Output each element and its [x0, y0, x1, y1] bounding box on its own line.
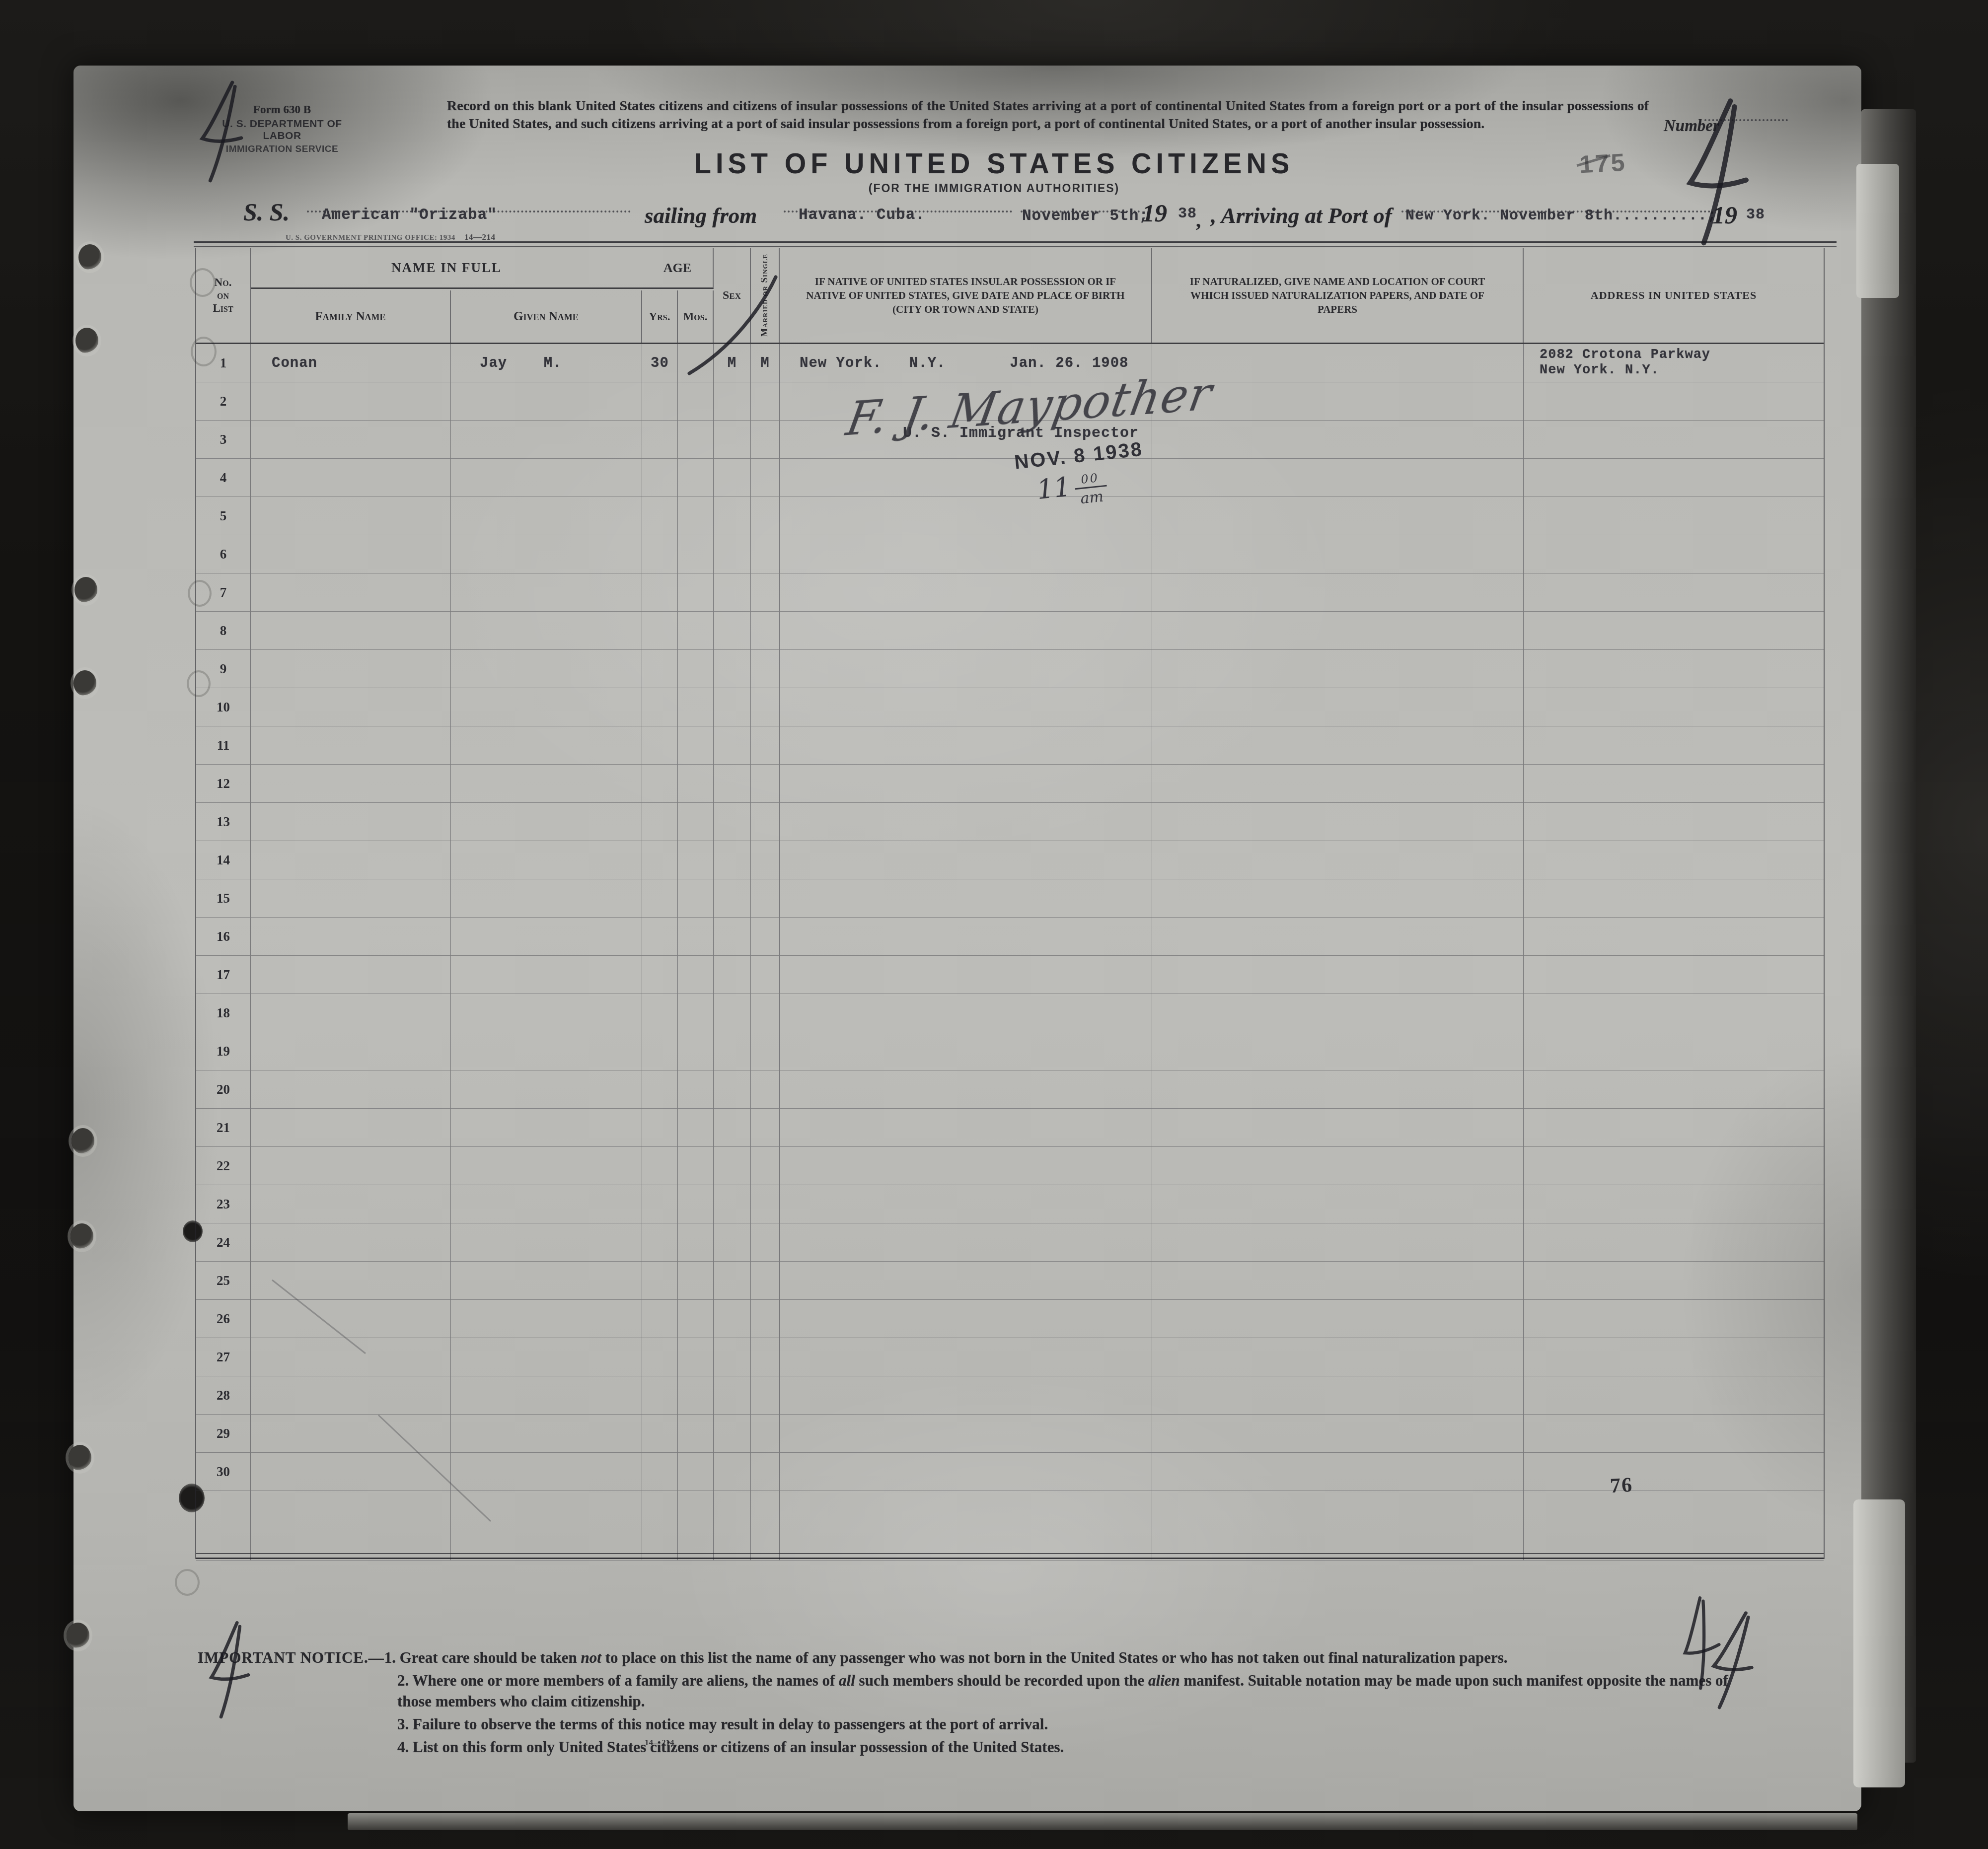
- address-cell-wrap: [1524, 1415, 1824, 1453]
- sex-cell: [714, 841, 751, 879]
- given-name-cell: [451, 688, 642, 726]
- typed-arrival-year: 38: [1746, 207, 1765, 223]
- given-name-cell: [451, 765, 642, 803]
- birthplace-cell: [780, 1109, 1152, 1147]
- naturalization-cell: [1152, 612, 1524, 650]
- row-number: 8: [196, 612, 251, 650]
- sex-cell: M: [714, 344, 751, 382]
- table-row: 28: [196, 1376, 1824, 1415]
- notice-2-text: 2. Where one or more members of a family…: [397, 1672, 839, 1689]
- birthplace-cell: [780, 1338, 1152, 1376]
- married-single-cell: [751, 1223, 780, 1262]
- address-cell-wrap: [1524, 573, 1824, 612]
- birthplace-cell: [780, 1070, 1152, 1109]
- age-months-cell: [678, 765, 714, 803]
- important-notice: IMPORTANT NOTICE.—1. Great care should b…: [198, 1647, 1782, 1760]
- given-name-cell: [451, 1338, 642, 1376]
- married-single-cell: [751, 956, 780, 994]
- naturalization-cell: [1152, 1415, 1524, 1453]
- age-months-cell: [678, 459, 714, 497]
- sex-cell: [714, 1147, 751, 1185]
- family-name-cell: [251, 879, 451, 918]
- age-years-cell: [642, 841, 678, 879]
- age-years-cell: [642, 497, 678, 535]
- address-cell-wrap: [1524, 956, 1824, 994]
- notice-2-em1: all: [839, 1672, 855, 1689]
- punch-hole: [78, 244, 101, 270]
- married-single-cell: [751, 765, 780, 803]
- birthplace-cell: [780, 688, 1152, 726]
- naturalization-cell: [1152, 1338, 1524, 1376]
- table-row: 14: [196, 841, 1824, 879]
- row-number: 19: [196, 1032, 251, 1070]
- table-row: 15: [196, 879, 1824, 918]
- notice-1-text: 1. Great care should be taken: [384, 1649, 581, 1666]
- sex-cell: [714, 497, 751, 535]
- address-cell-wrap: [1524, 1376, 1824, 1415]
- birthplace-cell: [780, 573, 1152, 612]
- row-number: 27: [196, 1338, 251, 1376]
- table-row: 12: [196, 765, 1824, 803]
- table-row: 7: [196, 573, 1824, 612]
- married-single-cell: [751, 459, 780, 497]
- birthplace-cell: [780, 650, 1152, 688]
- age-months-cell: [678, 573, 714, 612]
- time-ampm: am: [1080, 488, 1104, 508]
- header-married-or-single: Married or Single: [751, 248, 780, 343]
- given-name-cell: [451, 497, 642, 535]
- notice-lead: IMPORTANT NOTICE.—: [198, 1649, 384, 1666]
- naturalization-cell: [1152, 1300, 1524, 1338]
- given-name-cell: [451, 1453, 642, 1491]
- family-name-cell: [251, 650, 451, 688]
- age-months-cell: [678, 1415, 714, 1453]
- given-name-cell: [451, 879, 642, 918]
- given-name-cell: [451, 803, 642, 841]
- married-single-cell: [751, 1491, 780, 1529]
- family-name-cell: [251, 1415, 451, 1453]
- address-cell-wrap: [1524, 994, 1824, 1032]
- birthplace-cell: [780, 841, 1152, 879]
- punch-hole: [67, 1623, 89, 1648]
- family-name-cell: [251, 1453, 451, 1491]
- sex-cell: [714, 1185, 751, 1223]
- table-row: 25: [196, 1262, 1824, 1300]
- naturalization-cell: [1152, 1109, 1524, 1147]
- sex-cell: [714, 612, 751, 650]
- naturalization-cell: [1152, 1453, 1524, 1491]
- header-no-on-list: No. on List: [196, 248, 251, 343]
- age-months-cell: [678, 1070, 714, 1109]
- age-months-cell: [678, 1223, 714, 1262]
- sex-cell: [714, 1338, 751, 1376]
- naturalization-cell: [1152, 803, 1524, 841]
- address-cell-wrap: [1524, 459, 1824, 497]
- sex-cell: [714, 1453, 751, 1491]
- address-cell-wrap: [1524, 497, 1824, 535]
- handwritten-time: 11 00 am: [1035, 467, 1108, 512]
- table-row: [196, 1491, 1824, 1529]
- given-name-cell: Jay M.: [451, 344, 642, 382]
- row-number: 6: [196, 535, 251, 573]
- age-years-cell: [642, 535, 678, 573]
- naturalization-cell: [1152, 688, 1524, 726]
- age-years-cell: [642, 1109, 678, 1147]
- naturalization-cell: [1152, 1223, 1524, 1262]
- family-name-cell: [251, 1300, 451, 1338]
- header-address: ADDRESS IN UNITED STATES: [1524, 248, 1824, 343]
- age-months-cell: [678, 803, 714, 841]
- sex-cell: [714, 879, 751, 918]
- family-name-cell: [251, 726, 451, 765]
- header-age: AGE: [642, 248, 714, 289]
- age-years-cell: [642, 1453, 678, 1491]
- age-years-cell: [642, 1491, 678, 1529]
- sex-cell: [714, 803, 751, 841]
- age-years-cell: [642, 1185, 678, 1223]
- family-name-cell: [251, 1376, 451, 1415]
- married-single-cell: [751, 1070, 780, 1109]
- birthplace-cell: [780, 1147, 1152, 1185]
- married-single-cell: [751, 994, 780, 1032]
- sex-cell: [714, 382, 751, 421]
- family-name-cell: [251, 535, 451, 573]
- table-row: 19: [196, 1032, 1824, 1070]
- sex-cell: [714, 1262, 751, 1300]
- row-number: 13: [196, 803, 251, 841]
- age-years-cell: [642, 1032, 678, 1070]
- birthplace-cell: [780, 879, 1152, 918]
- given-name-cell: [451, 726, 642, 765]
- ss-label: S. S.: [243, 198, 290, 226]
- given-name-cell: [451, 650, 642, 688]
- row-number: 9: [196, 650, 251, 688]
- age-months-cell: [678, 1185, 714, 1223]
- age-years-cell: [642, 1415, 678, 1453]
- family-name-cell: [251, 841, 451, 879]
- given-name-cell: [451, 1376, 642, 1415]
- age-months-cell: [678, 1453, 714, 1491]
- row-number: 30: [196, 1453, 251, 1491]
- row-number: 20: [196, 1070, 251, 1109]
- sex-cell: [714, 726, 751, 765]
- birthplace-cell: [780, 1453, 1152, 1491]
- header-yrs: Yrs.: [642, 290, 678, 343]
- address-cell-wrap: [1524, 765, 1824, 803]
- naturalization-cell: [1152, 1185, 1524, 1223]
- header-name-in-full: NAME IN FULL: [251, 248, 642, 289]
- punch-hole: [72, 1128, 94, 1154]
- married-single-cell: [751, 1338, 780, 1376]
- married-single-cell: [751, 382, 780, 421]
- row-number: 4: [196, 459, 251, 497]
- birthplace-cell: [780, 994, 1152, 1032]
- heavy-rule: [194, 241, 1837, 247]
- form-code: 14—214: [645, 1738, 674, 1748]
- married-single-cell: [751, 841, 780, 879]
- address-cell-wrap: [1524, 1223, 1824, 1262]
- family-name-cell: [251, 803, 451, 841]
- given-name-cell: [451, 1491, 642, 1529]
- naturalization-cell: [1152, 765, 1524, 803]
- married-single-cell: [751, 1109, 780, 1147]
- married-single-cell: [751, 650, 780, 688]
- age-months-cell: [678, 1262, 714, 1300]
- row-number: [196, 1491, 251, 1529]
- typed-year: 38: [1178, 206, 1197, 222]
- address-cell-wrap: [1524, 1300, 1824, 1338]
- age-years-cell: [642, 918, 678, 956]
- page-title: LIST OF UNITED STATES CITIZENS: [0, 146, 1988, 180]
- birthplace-cell: [780, 918, 1152, 956]
- address-cell-wrap: [1524, 1032, 1824, 1070]
- sailing-date-value: November 5th;: [1022, 208, 1149, 225]
- sex-cell: [714, 1491, 751, 1529]
- age-years-cell: [642, 726, 678, 765]
- address-cell-wrap: [1524, 803, 1824, 841]
- address-cell-wrap: [1524, 918, 1824, 956]
- row-number: 24: [196, 1223, 251, 1262]
- address-cell-wrap: [1524, 612, 1824, 650]
- married-single-cell: [751, 1453, 780, 1491]
- faded-page-stamp: 175: [1579, 148, 1627, 179]
- family-name-cell: [251, 765, 451, 803]
- family-name-cell: [251, 1185, 451, 1223]
- time-minutes: 00: [1080, 471, 1100, 487]
- table-row: 16: [196, 918, 1824, 956]
- department-name: U. S. DEPARTMENT OF LABOR: [208, 118, 357, 142]
- age-years-cell: [642, 650, 678, 688]
- intro-paragraph: Record on this blank United States citiz…: [447, 97, 1649, 133]
- birthplace-cell: [780, 1185, 1152, 1223]
- given-name-cell: [451, 459, 642, 497]
- naturalization-cell: [1152, 879, 1524, 918]
- table-row: 6: [196, 535, 1824, 573]
- naturalization-cell: [1152, 918, 1524, 956]
- row-number: 1: [196, 344, 251, 382]
- age-months-cell: [678, 1300, 714, 1338]
- age-months-cell: [678, 1338, 714, 1376]
- age-years-cell: [642, 573, 678, 612]
- address-cell-wrap: [1524, 1491, 1824, 1529]
- form-number: Form 630 B: [208, 103, 357, 116]
- given-name-cell: [451, 1109, 642, 1147]
- age-months-cell: [678, 612, 714, 650]
- row-number: 21: [196, 1109, 251, 1147]
- naturalization-cell: [1152, 1147, 1524, 1185]
- table-row: 11: [196, 726, 1824, 765]
- table-row: 30: [196, 1453, 1824, 1491]
- family-name-cell: [251, 1109, 451, 1147]
- given-name-cell: [451, 1415, 642, 1453]
- passenger-table: No. on List NAME IN FULL Family Name Giv…: [195, 248, 1825, 1559]
- age-years-cell: [642, 1300, 678, 1338]
- punch-hole: [74, 577, 97, 603]
- married-single-cell: [751, 573, 780, 612]
- naturalization-cell: [1152, 994, 1524, 1032]
- naturalization-cell: [1152, 1262, 1524, 1300]
- table-row: 17: [196, 956, 1824, 994]
- row-number: 15: [196, 879, 251, 918]
- address-cell-wrap: [1524, 1338, 1824, 1376]
- table-row: 8: [196, 612, 1824, 650]
- row-number: 28: [196, 1376, 251, 1415]
- given-name-cell: [451, 918, 642, 956]
- address-cell-wrap: [1524, 879, 1824, 918]
- notice-item-3: 3. Failure to observe the terms of this …: [397, 1714, 1748, 1735]
- age-months-cell: [678, 497, 714, 535]
- header-given-name: Given Name: [451, 290, 642, 343]
- sex-cell: [714, 1415, 751, 1453]
- age-years-cell: [642, 956, 678, 994]
- family-name-cell: [251, 918, 451, 956]
- age-months-cell: [678, 956, 714, 994]
- sex-cell: [714, 1070, 751, 1109]
- naturalization-cell: [1152, 1032, 1524, 1070]
- address-cell-wrap: [1524, 688, 1824, 726]
- age-years-cell: [642, 382, 678, 421]
- given-name-cell: [451, 1223, 642, 1262]
- address-cell-wrap: [1524, 726, 1824, 765]
- sex-cell: [714, 650, 751, 688]
- table-row: 29: [196, 1415, 1824, 1453]
- row-number: 5: [196, 497, 251, 535]
- table-row: 1 Conan Jay M. 30 M M New York. N.Y. Jan…: [196, 344, 1824, 382]
- age-years-cell: [642, 765, 678, 803]
- family-name-cell: [251, 1338, 451, 1376]
- table-body: 1 Conan Jay M. 30 M M New York. N.Y. Jan…: [196, 344, 1824, 1561]
- married-single-cell: [751, 1300, 780, 1338]
- birthplace-cell: [780, 1376, 1152, 1415]
- sailing-from-label: sailing from: [645, 203, 757, 228]
- given-name-cell: [451, 1185, 642, 1223]
- age-years-cell: [642, 1147, 678, 1185]
- punch-hole-impression: [175, 1569, 200, 1596]
- age-years-cell: [642, 1262, 678, 1300]
- notice-1-text2: to place on this list the name of any pa…: [601, 1649, 1508, 1666]
- naturalization-cell: [1152, 1376, 1524, 1415]
- table-row: 10: [196, 688, 1824, 726]
- table-header: No. on List NAME IN FULL Family Name Giv…: [196, 248, 1824, 344]
- address-cell-wrap: [1524, 1453, 1824, 1491]
- age-months-cell: [678, 879, 714, 918]
- family-name-cell: [251, 497, 451, 535]
- punch-hole: [75, 328, 98, 354]
- address-cell-wrap: [1524, 1147, 1824, 1185]
- age-years-cell: [642, 1338, 678, 1376]
- row-number: 29: [196, 1415, 251, 1453]
- sex-cell: [714, 1376, 751, 1415]
- given-name-cell: [451, 841, 642, 879]
- row-number: 11: [196, 726, 251, 765]
- address-cell-wrap: [1524, 650, 1824, 688]
- page-number-stamp: 76: [1610, 1473, 1633, 1498]
- page-subtitle: (FOR THE IMMIGRATION AUTHORITIES): [0, 182, 1988, 195]
- sex-cell: [714, 688, 751, 726]
- address-cell-wrap: [1524, 535, 1824, 573]
- birthplace-cell: [780, 765, 1152, 803]
- gpo-imprint: U. S. GOVERNMENT PRINTING OFFICE: 1934 1…: [286, 232, 495, 242]
- age-years-cell: [642, 994, 678, 1032]
- birthplace-cell: [780, 1491, 1152, 1529]
- family-name-cell: [251, 994, 451, 1032]
- age-months-cell: [678, 650, 714, 688]
- birthplace-cell: [780, 1415, 1152, 1453]
- married-single-cell: [751, 1262, 780, 1300]
- row-number: 23: [196, 1185, 251, 1223]
- table-row: 24: [196, 1223, 1824, 1262]
- given-name-cell: [451, 573, 642, 612]
- naturalization-cell: [1152, 573, 1524, 612]
- family-name-cell: [251, 1262, 451, 1300]
- given-name-cell: [451, 1070, 642, 1109]
- table-row: 27: [196, 1338, 1824, 1376]
- married-single-cell: [751, 612, 780, 650]
- printed-arrival-year: 19: [1712, 201, 1737, 229]
- naturalization-cell: [1152, 956, 1524, 994]
- number-line: [1704, 119, 1788, 121]
- given-name-cell: [451, 1300, 642, 1338]
- address-cell-wrap: [1524, 841, 1824, 879]
- sex-cell: [714, 1223, 751, 1262]
- row-number: 7: [196, 573, 251, 612]
- naturalization-cell: [1152, 421, 1524, 459]
- table-row: 5: [196, 497, 1824, 535]
- age-months-cell: [678, 688, 714, 726]
- age-months-cell: [678, 841, 714, 879]
- sex-cell: [714, 918, 751, 956]
- sex-cell: [714, 956, 751, 994]
- naturalization-cell: [1152, 497, 1524, 535]
- birthplace-cell: [780, 1300, 1152, 1338]
- naturalization-cell: [1152, 459, 1524, 497]
- address-cell: 2082 Crotona Parkway New York. N.Y.: [1540, 348, 1710, 378]
- punch-hole: [74, 670, 96, 696]
- notice-item-1: IMPORTANT NOTICE.—1. Great care should b…: [198, 1647, 1782, 1668]
- married-single-cell: [751, 497, 780, 535]
- table-row: 26: [196, 1300, 1824, 1338]
- given-name-cell: [451, 994, 642, 1032]
- printed-year: 19: [1142, 199, 1167, 227]
- age-years-cell: [642, 879, 678, 918]
- given-name-cell: [451, 956, 642, 994]
- table-row: 20: [196, 1070, 1824, 1109]
- page-edge: [348, 1813, 1857, 1830]
- table-row: 22: [196, 1147, 1824, 1185]
- age-months-cell: [678, 1147, 714, 1185]
- age-months-cell: [678, 1109, 714, 1147]
- birthplace-cell: [780, 1262, 1152, 1300]
- arriving-label: , Arriving at Port of: [1211, 203, 1392, 228]
- married-single-cell: [751, 726, 780, 765]
- sex-cell: [714, 1032, 751, 1070]
- page-edge: [1853, 1499, 1905, 1787]
- sex-cell: [714, 994, 751, 1032]
- family-name-cell: [251, 573, 451, 612]
- address-cell-wrap: [1524, 1070, 1824, 1109]
- address-cell-wrap: [1524, 1185, 1824, 1223]
- notice-1-em: not: [581, 1649, 601, 1666]
- address-cell-wrap: [1524, 1262, 1824, 1300]
- age-months-cell: [678, 1376, 714, 1415]
- family-name-cell: [251, 459, 451, 497]
- age-years-cell: [642, 1070, 678, 1109]
- sex-cell: [714, 421, 751, 459]
- age-years-cell: [642, 459, 678, 497]
- given-name-cell: [451, 421, 642, 459]
- time-hour: 11: [1035, 471, 1072, 505]
- table-row: 13: [196, 803, 1824, 841]
